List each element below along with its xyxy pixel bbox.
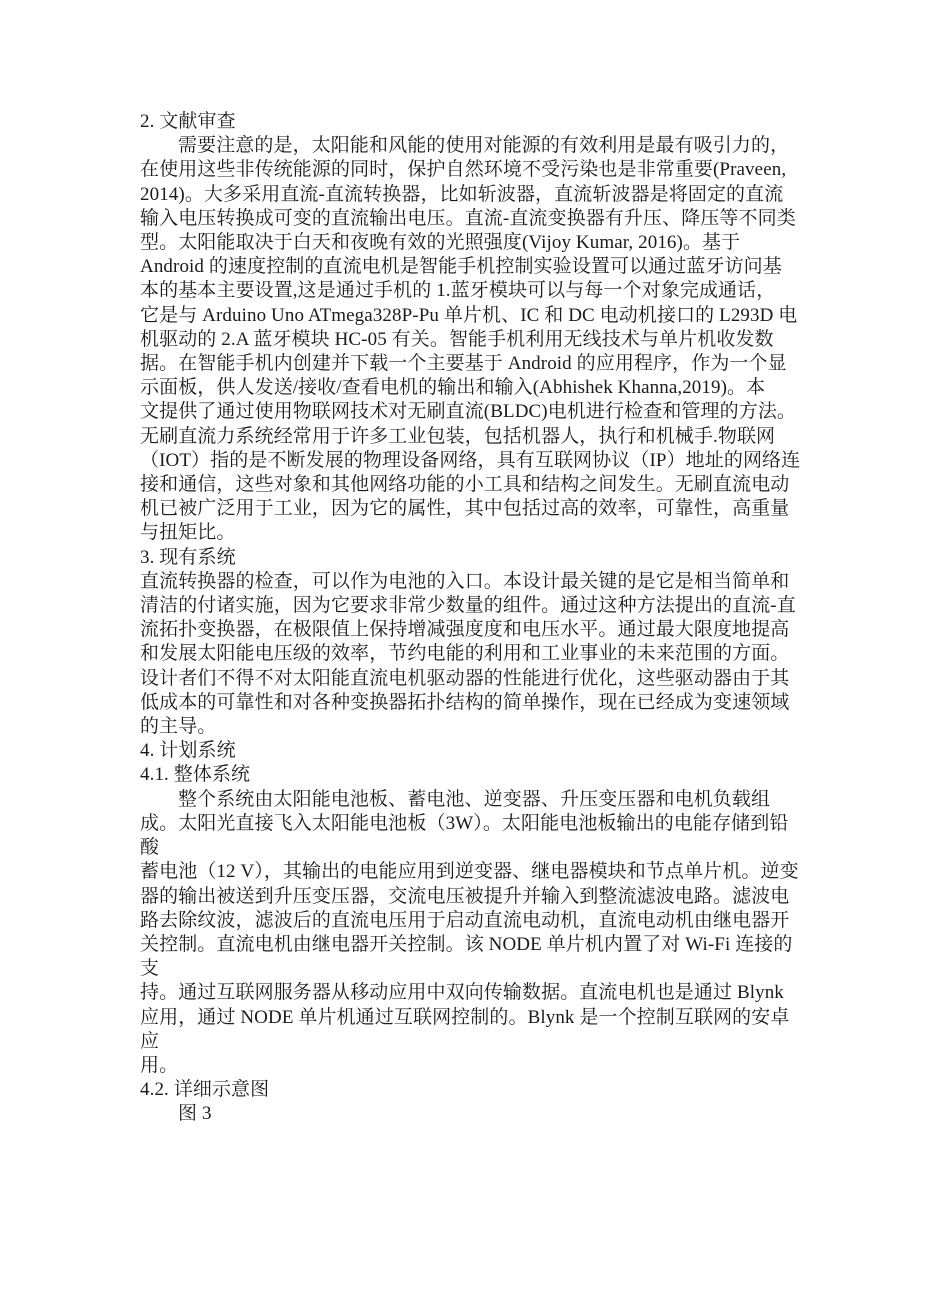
text-line: 文提供了通过使用物联网技术对无刷直流(BLDC)电机进行检查和管理的方法。 xyxy=(140,400,802,424)
document-content: 2. 文献审查 需要注意的是，太阳能和风能的使用对能源的有效利用是最有吸引力的，… xyxy=(140,110,802,1127)
text-line: 蓄电池（12 V），其输出的电能应用到逆变器、继电器模块和节点单片机。逆变 xyxy=(140,860,802,884)
text-line: 它是与 Arduino Uno ATmega328P-Pu 单片机、IC 和 D… xyxy=(140,304,802,328)
text-line: Android 的速度控制的直流电机是智能手机控制实验设置可以通过蓝牙访问基 xyxy=(140,255,802,279)
figure-caption: 图 3 xyxy=(140,1102,802,1126)
text-line: 应用，通过 NODE 单片机通过互联网控制的。Blynk 是一个控制互联网的安卓… xyxy=(140,1006,802,1054)
text-line: 示面板，供人发送/接收/查看电机的输出和输入(Abhishek Khanna,2… xyxy=(140,376,802,400)
text-line: 设计者们不得不对太阳能直流电机驱动器的性能进行优化，这些驱动器由于其 xyxy=(140,667,802,691)
section-heading: 4. 计划系统 xyxy=(140,739,802,763)
text-line: 直流转换器的检查，可以作为电池的入口。本设计最关键的是它是相当简单和 xyxy=(140,570,802,594)
text-line: 成。太阳光直接飞入太阳能电池板（3W）。太阳能电池板输出的电能存储到铅酸 xyxy=(140,812,802,860)
text-line: 输入电压转换成可变的直流输出电压。直流-直流变换器有升压、降压等不同类 xyxy=(140,207,802,231)
text-line: 机驱动的 2.A 蓝牙模块 HC-05 有关。智能手机利用无线技术与单片机收发数 xyxy=(140,328,802,352)
text-line: 型。太阳能取决于白天和夜晚有效的光照强度(Vijoy Kumar, 2016)。… xyxy=(140,231,802,255)
text-line: 据。在智能手机内创建并下载一个主要基于 Android 的应用程序，作为一个显 xyxy=(140,352,802,376)
text-line: 无刷直流力系统经常用于许多工业包装，包括机器人，执行和机械手.物联网 xyxy=(140,425,802,449)
text-line: 器的输出被送到升压变压器，交流电压被提升并输入到整流滤波电路。滤波电 xyxy=(140,885,802,909)
text-line: 机已被广泛用于工业，因为它的属性，其中包括过高的效率，可靠性，高重量 xyxy=(140,497,802,521)
section-heading: 4.1. 整体系统 xyxy=(140,763,802,787)
document-page: 2. 文献审查 需要注意的是，太阳能和风能的使用对能源的有效利用是最有吸引力的，… xyxy=(0,0,926,1309)
text-line: 和发展太阳能电压级的效率，节约电能的利用和工业事业的未来范围的方面。 xyxy=(140,642,802,666)
text-line: 清洁的付诸实施，因为它要求非常少数量的组件。通过这种方法提出的直流-直 xyxy=(140,594,802,618)
text-line: 本的基本主要设置,这是通过手机的 1.蓝牙模块可以与每一个对象完成通话， xyxy=(140,279,802,303)
text-line: 路去除纹波，滤波后的直流电压用于启动直流电动机，直流电动机由继电器开 xyxy=(140,909,802,933)
text-line: 低成本的可靠性和对各种变换器拓扑结构的简单操作，现在已经成为变速领域 xyxy=(140,691,802,715)
section-heading: 3. 现有系统 xyxy=(140,546,802,570)
text-line: 用。 xyxy=(140,1054,802,1078)
text-line: 在使用这些非传统能源的同时，保护自然环境不受污染也是非常重要(Praveen, xyxy=(140,158,802,182)
text-line: （IOT）指的是不断发展的物理设备网络，具有互联网协议（IP）地址的网络连 xyxy=(140,449,802,473)
text-line: 整个系统由太阳能电池板、蓄电池、逆变器、升压变压器和电机负载组 xyxy=(140,788,802,812)
text-line: 的主导。 xyxy=(140,715,802,739)
text-line: 需要注意的是，太阳能和风能的使用对能源的有效利用是最有吸引力的， xyxy=(140,134,802,158)
section-heading: 4.2. 详细示意图 xyxy=(140,1078,802,1102)
text-line: 2014)。大多采用直流-直流转换器，比如斩波器，直流斩波器是将固定的直流 xyxy=(140,183,802,207)
text-line: 持。通过互联网服务器从移动应用中双向传输数据。直流电机也是通过 Blynk xyxy=(140,981,802,1005)
text-line: 流拓扑变换器，在极限值上保持增减强度度和电压水平。通过最大限度地提高 xyxy=(140,618,802,642)
text-line: 关控制。直流电机由继电器开关控制。该 NODE 单片机内置了对 Wi-Fi 连接… xyxy=(140,933,802,981)
text-line: 接和通信，这些对象和其他网络功能的小工具和结构之间发生。无刷直流电动 xyxy=(140,473,802,497)
section-heading: 2. 文献审查 xyxy=(140,110,802,134)
text-line: 与扭矩比。 xyxy=(140,521,802,545)
